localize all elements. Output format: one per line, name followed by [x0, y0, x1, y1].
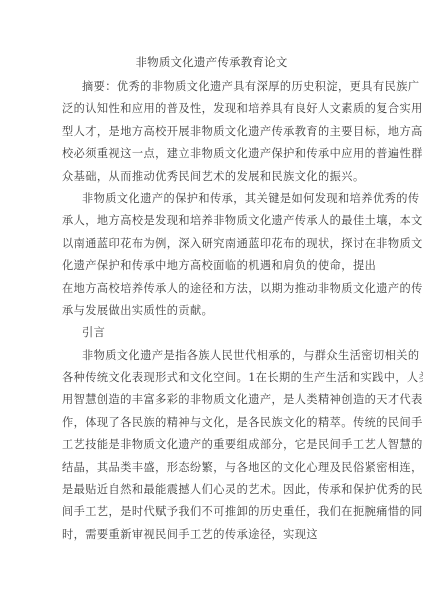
abstract-line-4: 校必须重视这一点，建立非物质文化遗产保护和传承中应用的普遍性群: [62, 143, 354, 165]
intro-line-2: 各种传统文化表现形式和文化空间。1在长期的生产生活和实践中，人类: [62, 367, 354, 389]
document-title: 非物质文化遗产传承教育论文: [0, 54, 423, 70]
intro-line-4: 作，体现了各民族的精神与文化，是各民族文化的精萃。传统的民间手: [62, 412, 354, 434]
paragraph-2-line-4: 化遗产保护和传承中地方高校面临的机遇和肩负的使命，提出: [62, 255, 354, 277]
intro-line-1: 非物质文化遗产是指各族人民世代相承的，与群众生活密切相关的: [62, 345, 354, 367]
paragraph-2-line-3: 以南通蓝印花布为例，深入研究南通蓝印花布的现状，探讨在非物质文: [62, 233, 354, 255]
intro-line-9: 时，需要重新审视民间手工艺的传承途径，实现这: [62, 524, 354, 546]
paragraph-2-line-6: 承与发展做出实质性的贡献。: [62, 300, 354, 322]
paragraph-2-line-1: 非物质文化遗产的保护和传承，其关键是如何发现和培养优秀的传: [62, 188, 354, 210]
intro-line-7: 是最贴近自然和最能震撼人们心灵的艺术。因此，传承和保护优秀的民: [62, 479, 354, 501]
section-heading-introduction: 引言: [62, 322, 354, 344]
document-body: 摘要：优秀的非物质文化遗产具有深厚的历史积淀，更具有民族广 泛的认知性和应用的普…: [62, 76, 354, 546]
intro-line-8: 间手工艺，是时代赋予我们不可推卸的历史重任，我们在扼腕痛惜的同: [62, 501, 354, 523]
document-page: 非物质文化遗产传承教育论文 摘要：优秀的非物质文化遗产具有深厚的历史积淀，更具有…: [0, 0, 423, 600]
intro-line-6: 结晶，其品类丰盛，形态纷繁，与各地区的文化心理及民俗紧密相连，: [62, 457, 354, 479]
abstract-line-1: 摘要：优秀的非物质文化遗产具有深厚的历史积淀，更具有民族广: [62, 76, 354, 98]
abstract-line-3: 型人才，是地方高校开展非物质文化遗产传承教育的主要目标，地方高: [62, 121, 354, 143]
paragraph-2-line-2: 承人，地方高校是发现和培养非物质文化遗产传承人的最佳土壤，本文: [62, 210, 354, 232]
abstract-line-5: 众基础，从而推动优秀民间艺术的发展和民族文化的振兴。: [62, 166, 354, 188]
abstract-line-2: 泛的认知性和应用的普及性，发现和培养具有良好人文素质的复合实用: [62, 98, 354, 120]
intro-line-3: 用智慧创造的丰富多彩的非物质文化遗产，是人类精神创造的天才代表: [62, 389, 354, 411]
intro-line-5: 工艺技能是非物质文化遗产的重要组成部分，它是民间手工艺人智慧的: [62, 434, 354, 456]
paragraph-2-line-5: 在地方高校培养传承人的途径和方法，以期为推动非物质文化遗产的传: [62, 278, 354, 300]
